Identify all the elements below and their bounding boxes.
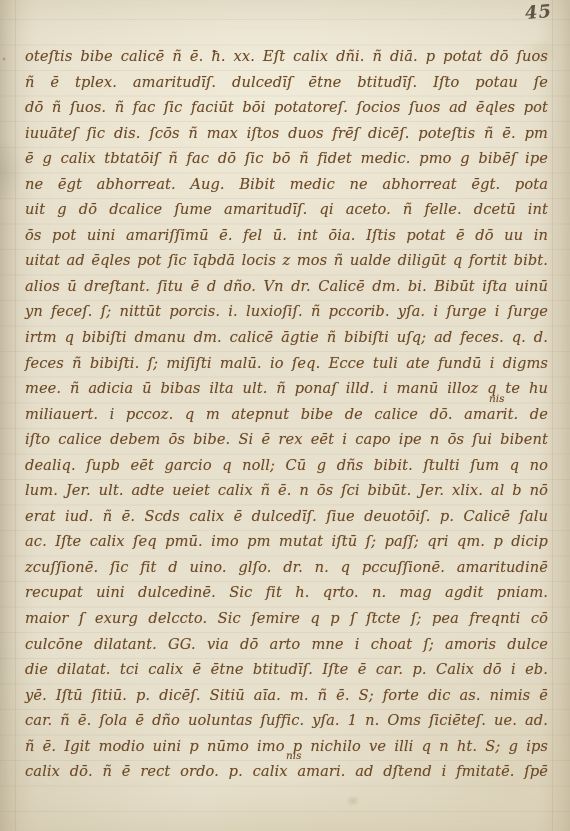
manuscript-line: ōs pot uini amariſſimū ē. fel ū. int ōia… [25, 223, 548, 249]
manuscript-line: recupat uini dulcedinē. Sic fit h. qrto.… [25, 580, 548, 606]
manuscript-line: uitat ad ēqles pot ſic īqbdā locis z mos… [25, 248, 548, 274]
manuscript-line: maior ſ exurg delccto. Sic ſemire q p ſ … [25, 606, 548, 632]
manuscript-line: dō ñ ſuos. ñ fac ſic faciūt bōi potatore… [25, 95, 548, 121]
manuscript-line: ac. Iſte calix ſeq pmū. imo pm mutat iſt… [25, 529, 548, 555]
manuscript-line: ē g calix tbtatōiſ ñ fac dō ſic bō ñ fid… [25, 146, 548, 172]
manuscript-line: oteſtis bibe calicē ñ ē. ħ. xx. Eſt cali… [25, 44, 548, 70]
manuscript-line: zcuſſionē. ſic fit d uino. glſo. dr. n. … [25, 555, 548, 581]
text-block: oteſtis bibe calicē ñ ē. ħ. xx. Eſt cali… [25, 44, 548, 785]
manuscript-line: die dilatat. tci calix ē ētne btitudīſ. … [25, 657, 548, 683]
manuscript-line: calix dō. ñ ē rect ordo. p. calix amari.… [25, 759, 548, 785]
manuscript-line: culcōne dilatant. GG. via dō arto mne i … [25, 632, 548, 658]
manuscript-line: mee. ñ adicia ū bibas ilta ult. ñ ponaſ … [25, 376, 548, 402]
left-margin-rule [15, 0, 16, 831]
interlinear-gloss: nis [489, 393, 505, 405]
manuscript-line: car. ñ ē. ſola ē dño uoluntas ſuffic. yſ… [25, 708, 548, 734]
manuscript-line: miliauert. i pccoz. q m atepnut bibe de … [25, 402, 548, 428]
manuscript-line: irtm q bibiſti dmanu dm. calicē āgtie ñ … [25, 325, 548, 351]
manuscript-line: feces ñ bibiſti. ſ; miſiſti malū. io ſeq… [25, 351, 548, 377]
interlinear-gloss: nis [286, 750, 302, 762]
folio-number: 45 [524, 1, 553, 24]
manuscript-line: erat iud. ñ ē. Scds calix ē dulcedīſ. ſi… [25, 504, 548, 530]
manuscript-line: yn feceſ. ſ; nittūt porcis. i. luxioſiſ.… [25, 299, 548, 325]
manuscript-line: lum. Jer. ult. adte ueiet calix ñ ē. n ō… [25, 478, 548, 504]
manuscript-line: uit g dō dcalice ſume amaritudīſ. qi ace… [25, 197, 548, 223]
manuscript-line: alios ū dreſtant. ſitu ē d dño. Vn dr. C… [25, 274, 548, 300]
manuscript-line: ne ēgt abhorreat. Aug. Bibit medic ne ab… [25, 172, 548, 198]
manuscript-line: yē. Iſtū ſitiū. p. dicēſ. Sitiū aīa. m. … [25, 683, 548, 709]
manuscript-line: iſto calice debem ōs bibe. Si ē rex eēt … [25, 427, 548, 453]
manuscript-line: iuuāteſ ſic dis. ſcōs ñ max iſtos duos f… [25, 121, 548, 147]
right-margin-rule [552, 0, 553, 831]
manuscript-line: dealiq. ſupb eēt garcio q noll; Cū g dñs… [25, 453, 548, 479]
manuscript-line: ñ ē tplex. amaritudīſ. dulcedīſ ētne bti… [25, 70, 548, 96]
manuscript-page: 45 oteſtis bibe calicē ñ ē. ħ. xx. Eſt c… [0, 0, 570, 831]
